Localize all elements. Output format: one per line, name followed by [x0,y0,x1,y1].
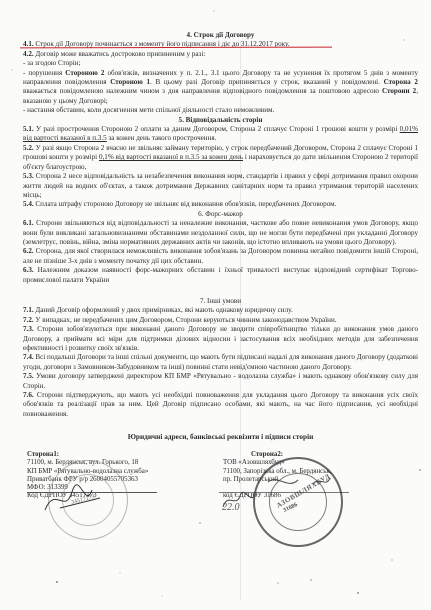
clause-5-2: 5.2. У разі якщо Сторона 2 вчасно не зві… [23,144,418,172]
party2-signature-scribble: 22.0 [218,472,348,512]
clause-7-6: 7.6. Сторони підтверджують, що мають усі… [23,391,418,419]
party1-address: 71100, м. Бердянськ, вул. Горького, 18 [27,459,197,467]
section-heading-term: 4. Строк дії Договору [23,31,418,40]
clause-5-3: 5.3. Сторона 2 несе відповідальність за … [23,172,418,200]
section-gap [23,285,418,297]
clause-6-2: 6.2. Сторона, для якої створилася неможл… [23,247,418,266]
contract-body: 4. Строк дії Договору 4.1. Строк дії Дог… [23,31,418,449]
clause-7-1: 7.1. Даний Договір оформлений у двох при… [23,306,418,315]
clause-7-4: 7.4. Всі подальші Договори та інші спіль… [23,353,418,372]
section-heading-force-majeure: 6. Форс-мажор [23,210,418,219]
requisites-title: Юридичні адреси, банківські реквізити і … [23,432,418,441]
section-gap [23,419,418,428]
clause-5-1: 5.1. У разі прострочення Стороною 2 опла… [23,125,418,144]
party1-signature-scribble [40,480,120,520]
party1-title: Сторона1: [27,451,197,459]
clause-4-2-item-agreement: - за згодою Сторін; [23,59,418,68]
clause-6-1: 6.1. Сторони звільняються від відповідал… [23,219,418,247]
section-heading-liability: 5. Відповідальність сторін [23,116,418,125]
clause-4-2-item-impossible: - настання обставин, коли досягнення мет… [23,106,418,115]
clause-6-3: 6.3. Належним доказом наявності форс-маж… [23,266,418,285]
clause-4-2-item-breach: - порушення Стороною 2 обов'язків, визна… [23,69,418,107]
clause-7-2: 7.2. У випадках, не передбачених цим Дог… [23,316,418,325]
section-heading-other-terms: 7. Інші умови [23,297,418,306]
clause-7-3: 7.3. Сторони зобов'язуються при виконанн… [23,325,418,353]
clause-4-2: 4.2. Договір може вважатись достроково п… [23,50,418,59]
clause-7-5: 7.5. Умови договору затверджені директор… [23,372,418,391]
svg-text:22.0: 22.0 [222,502,240,512]
scanned-contract-page: 4. Строк дії Договору 4.1. Строк дії Дог… [0,0,431,610]
clause-5-4: 5.4. Сплата штрафу стороною Договору не … [23,200,418,209]
